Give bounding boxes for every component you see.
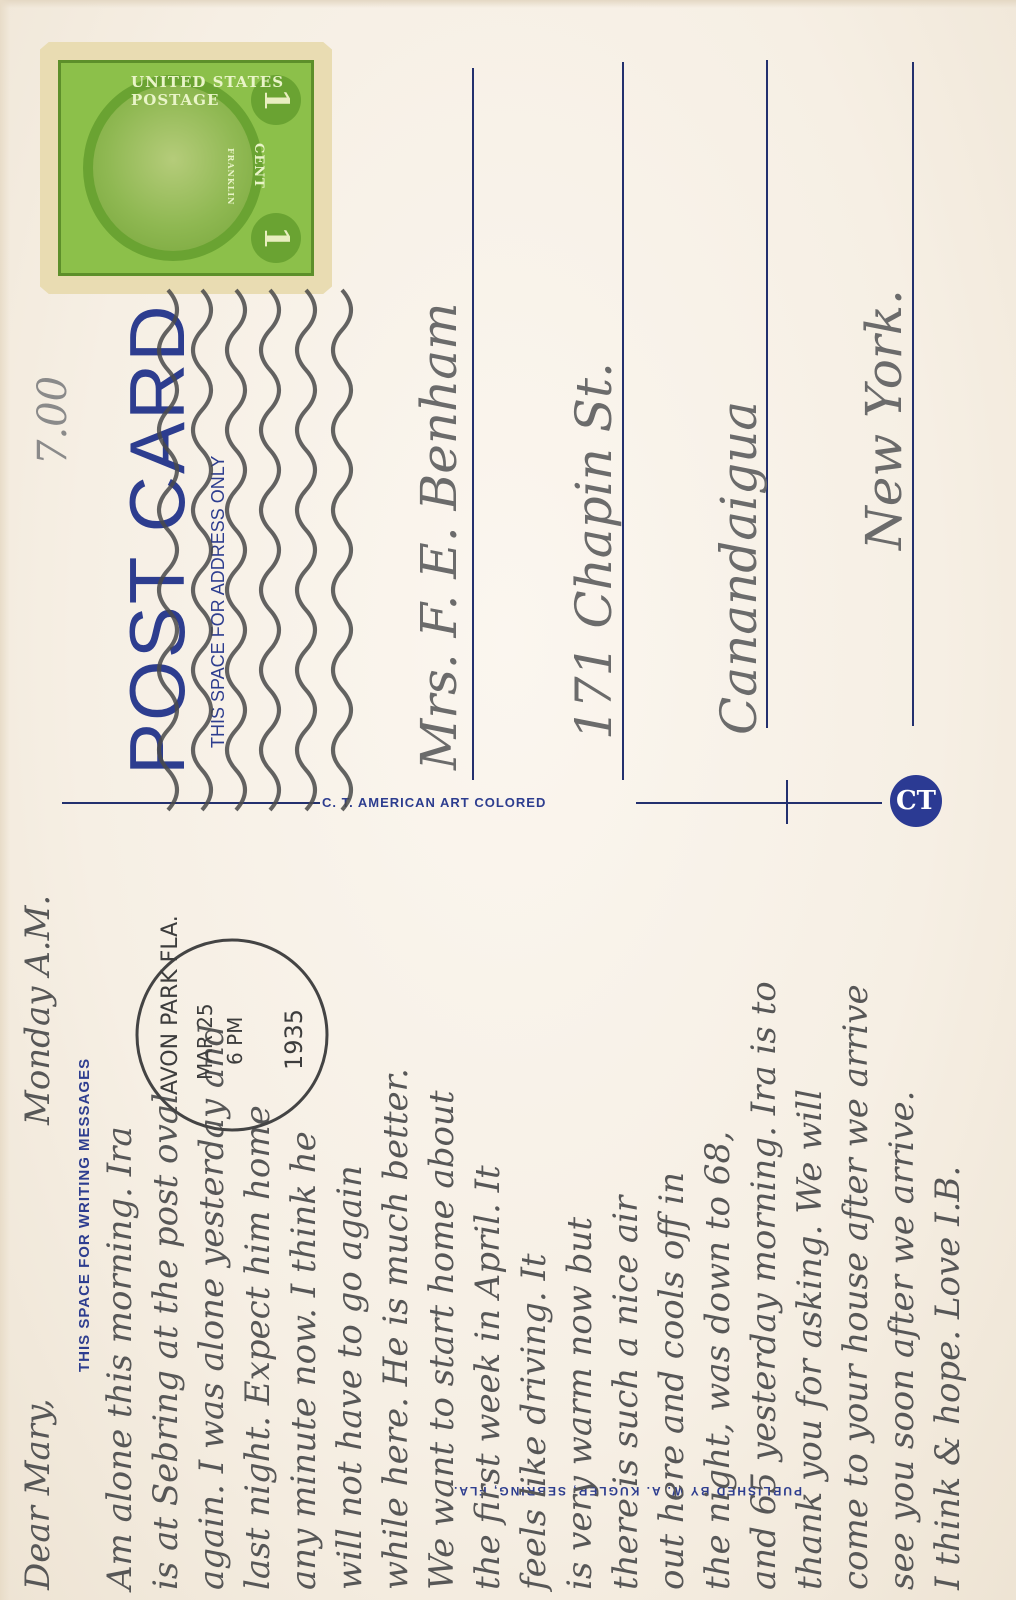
wavy-cancellation-lines-icon [159, 290, 351, 810]
cancellation-overlay: AVON PARK FLA. MAR 25 6 PM 1935 [0, 0, 1016, 1600]
svg-text:MAR 25: MAR 25 [193, 1003, 217, 1080]
svg-text:6 PM: 6 PM [223, 1017, 247, 1065]
postcard: 1 1 CENT UNITED STATES POSTAGE FRANKLIN … [0, 0, 1016, 1600]
postmark-icon: AVON PARK FLA. MAR 25 6 PM 1935 [137, 915, 327, 1130]
svg-text:AVON PARK FLA.: AVON PARK FLA. [158, 915, 183, 1095]
svg-text:1935: 1935 [280, 1009, 308, 1070]
